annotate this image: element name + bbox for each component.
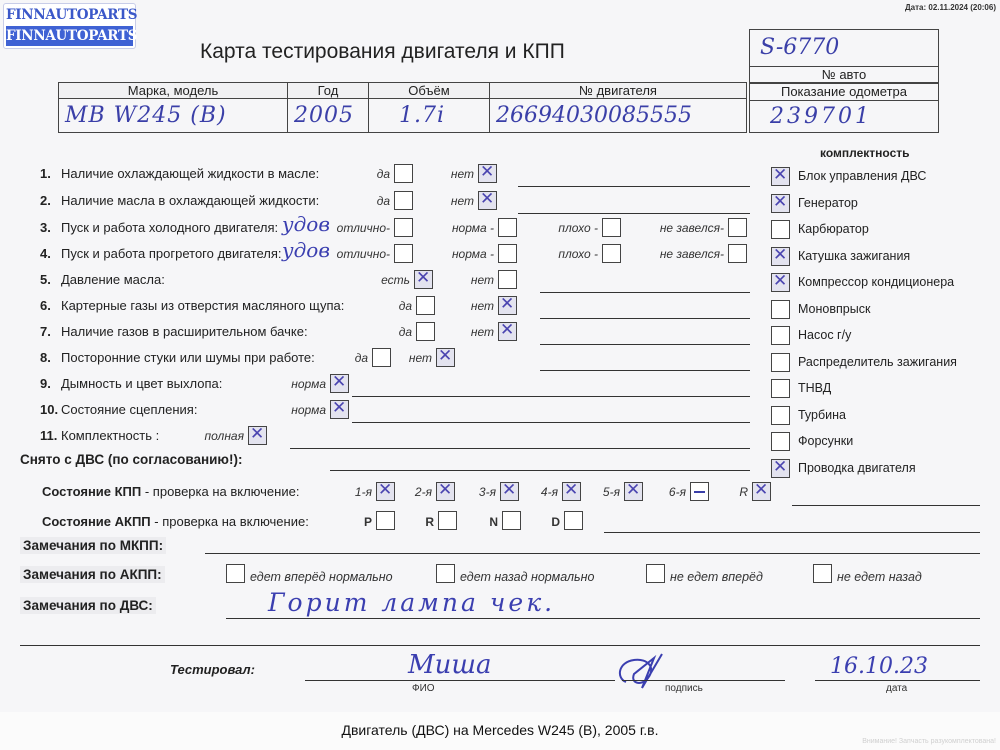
completeness-checkbox[interactable]	[771, 273, 790, 292]
option-checkbox[interactable]	[602, 244, 621, 263]
position-checkbox[interactable]	[376, 511, 395, 530]
completeness-checkbox[interactable]	[771, 326, 790, 345]
make-model-value: MB W245 (B)	[59, 99, 288, 133]
completeness-checkbox[interactable]	[771, 459, 790, 478]
engine-number-label: № двигателя	[490, 83, 747, 99]
auto-number-label: № авто	[750, 67, 938, 83]
option-checkbox[interactable]	[498, 218, 517, 237]
question-number: 9.	[40, 376, 61, 391]
auto-gearbox-notes-line[interactable]	[604, 532, 980, 533]
akpp-remark-checkbox[interactable]	[226, 564, 245, 583]
position-checkbox[interactable]	[502, 511, 521, 530]
signature-caption: подпись	[665, 683, 703, 694]
question-number: 2.	[40, 193, 61, 208]
completeness-checkbox[interactable]	[771, 247, 790, 266]
handwritten-note: удов	[282, 212, 330, 236]
completeness-item-label: Распределитель зажигания	[798, 355, 957, 369]
completeness-item-label: Катушка зажигания	[798, 249, 910, 263]
odometer-label: Показание одометра	[750, 82, 938, 101]
option-label: да	[377, 194, 390, 208]
option-checkbox[interactable]	[330, 374, 349, 393]
gear-label: 3-я	[479, 485, 496, 499]
option-label: норма -	[452, 221, 494, 235]
manual-gearbox-notes-line[interactable]	[792, 505, 980, 506]
auto-number-box: S-6770 № авто	[749, 29, 939, 84]
gear-checkbox[interactable]	[624, 482, 643, 501]
notes-line[interactable]	[540, 344, 750, 345]
akpp-remark-checkbox[interactable]	[646, 564, 665, 583]
auto-number-value: S-6770	[750, 30, 938, 67]
question-number: 11.	[40, 428, 61, 443]
completeness-checkbox[interactable]	[771, 167, 790, 186]
option-checkbox[interactable]	[372, 348, 391, 367]
odometer-value: 239701	[750, 101, 938, 132]
option-checkbox[interactable]	[728, 244, 747, 263]
gear-label: 6-я	[669, 485, 686, 499]
option-label: нет	[451, 194, 474, 208]
option-label: норма	[291, 377, 326, 391]
question-text: Наличие масла в охлаждающей жидкости:	[61, 193, 319, 208]
question-number: 1.	[40, 166, 61, 181]
completeness-checkbox[interactable]	[771, 406, 790, 425]
completeness-checkbox[interactable]	[771, 300, 790, 319]
option-label: нет	[451, 167, 474, 181]
completeness-item-label: Компрессор кондиционера	[798, 275, 954, 289]
question-number: 3.	[40, 220, 61, 235]
notes-line[interactable]	[352, 422, 750, 423]
tester-name-value: Миша	[408, 650, 492, 680]
question-text: Дымность и цвет выхлопа:	[61, 376, 222, 391]
question-7: 7.Наличие газов в расширительном бачке:	[40, 324, 308, 339]
notes-line[interactable]	[540, 318, 750, 319]
completeness-checkbox[interactable]	[771, 353, 790, 372]
volume-value: 1.7i	[369, 99, 490, 133]
option-checkbox[interactable]	[498, 322, 517, 341]
option-checkbox[interactable]	[394, 191, 413, 210]
option-label: отлично-	[337, 221, 390, 235]
question-2: 2.Наличие масла в охлаждающей жидкости:	[40, 193, 319, 208]
question-3: 3.Пуск и работа холодного двигателя:	[40, 220, 278, 235]
akpp-remark-checkbox[interactable]	[813, 564, 832, 583]
question-text: Наличие газов в расширительном бачке:	[61, 324, 308, 339]
make-model-label: Марка, модель	[59, 83, 288, 99]
option-checkbox[interactable]	[478, 191, 497, 210]
option-checkbox[interactable]	[602, 218, 621, 237]
tester-name-line[interactable]	[305, 680, 615, 681]
option-label: нет	[409, 351, 432, 365]
engine-remarks-line-2[interactable]	[20, 645, 980, 646]
document-title: Карта тестирования двигателя и КПП	[200, 40, 565, 64]
question-number: 5.	[40, 272, 61, 287]
question-number: 8.	[40, 350, 61, 365]
option-label: да	[355, 351, 368, 365]
engine-remarks-value: Горит лампа чек.	[268, 588, 555, 617]
year-label: Год	[288, 83, 369, 99]
option-checkbox[interactable]	[330, 400, 349, 419]
option-label: есть	[381, 273, 410, 287]
manual-gearbox-label: Состояние КПП - проверка на включение:	[42, 484, 299, 499]
gear-checkbox[interactable]	[690, 482, 709, 501]
position-label: N	[489, 515, 498, 529]
position-label: R	[425, 515, 434, 529]
option-label: да	[399, 325, 412, 339]
gear-label: 4-я	[541, 485, 558, 499]
notes-line[interactable]	[518, 213, 750, 214]
question-number: 7.	[40, 324, 61, 339]
removed-from-engine-label: Снято с ДВС (по согласованию!):	[20, 452, 242, 467]
option-checkbox[interactable]	[416, 322, 435, 341]
option-checkbox[interactable]	[414, 270, 433, 289]
completeness-item-label: ТНВД	[798, 381, 831, 395]
question-6: 6.Картерные газы из отверстия масляного …	[40, 298, 344, 313]
question-4: 4.Пуск и работа прогретого двигателя:	[40, 246, 281, 261]
question-text: Картерные газы из отверстия масляного щу…	[61, 298, 344, 313]
question-number: 4.	[40, 246, 61, 261]
akpp-remark-label: не едет назад	[837, 570, 922, 584]
option-checkbox[interactable]	[498, 270, 517, 289]
question-number: 6.	[40, 298, 61, 313]
completeness-item-label: Моновпрыск	[798, 302, 870, 316]
finnautoparts-logo: FINNAUTOPARTS FINNAUTOPARTS	[3, 3, 136, 49]
mkpp-remarks-line[interactable]	[205, 553, 980, 554]
completeness-item-label: Карбюратор	[798, 222, 869, 236]
question-10: 10.Состояние сцепления:	[40, 402, 197, 417]
option-checkbox[interactable]	[436, 348, 455, 367]
signature-line[interactable]	[622, 680, 785, 681]
logo-line-2: FINNAUTOPARTS	[6, 26, 133, 46]
name-caption: ФИО	[412, 683, 435, 694]
engine-remarks-line[interactable]	[226, 618, 980, 619]
completeness-item-label: Проводка двигателя	[798, 461, 916, 475]
option-label: нет	[471, 273, 494, 287]
akpp-remarks-label: Замечания по АКПП:	[20, 566, 165, 583]
question-1: 1.Наличие охлаждающей жидкости в масле:	[40, 166, 319, 181]
completeness-item-label: Блок управления ДВС	[798, 169, 926, 183]
position-checkbox[interactable]	[564, 511, 583, 530]
gear-checkbox[interactable]	[436, 482, 455, 501]
gear-checkbox[interactable]	[562, 482, 581, 501]
option-label: плохо -	[558, 247, 598, 261]
year-value: 2005	[288, 99, 369, 133]
completeness-title: комплектность	[820, 146, 910, 160]
option-label: да	[377, 167, 390, 181]
notes-line[interactable]	[540, 370, 750, 371]
engine-remarks-label: Замечания по ДВС:	[20, 597, 156, 614]
completeness-checkbox[interactable]	[771, 194, 790, 213]
test-date-line[interactable]	[815, 680, 980, 681]
notes-line[interactable]	[290, 448, 750, 449]
completeness-item-label: Турбина	[798, 408, 846, 422]
option-label: норма	[291, 403, 326, 417]
tested-by-label: Тестировал:	[170, 662, 255, 677]
question-9: 9.Дымность и цвет выхлопа:	[40, 376, 222, 391]
gear-label: R	[739, 485, 748, 499]
option-checkbox[interactable]	[248, 426, 267, 445]
gear-label: 2-я	[415, 485, 432, 499]
completeness-item-label: Генератор	[798, 196, 858, 210]
option-label: нет	[471, 299, 494, 313]
option-label: норма -	[452, 247, 494, 261]
question-number: 10.	[40, 402, 61, 417]
option-checkbox[interactable]	[498, 296, 517, 315]
option-checkbox[interactable]	[394, 164, 413, 183]
warning-note: Внимание! Запчасть разукомплектована!	[862, 738, 996, 745]
akpp-remark-checkbox[interactable]	[436, 564, 455, 583]
question-text: Комплектность :	[61, 428, 159, 443]
akpp-remark-label: едет вперёд нормально	[250, 570, 393, 584]
option-label: не завелся-	[660, 221, 724, 235]
gear-checkbox[interactable]	[376, 482, 395, 501]
completeness-item-label: Форсунки	[798, 434, 853, 448]
question-text: Посторонние стуки или шумы при работе:	[61, 350, 315, 365]
option-label: нет	[471, 325, 494, 339]
photo-caption: Двигатель (ДВС) на Mercedes W245 (B), 20…	[0, 722, 1000, 738]
mkpp-remarks-label: Замечания по МКПП:	[20, 537, 166, 554]
question-text: Состояние сцепления:	[61, 402, 197, 417]
gear-checkbox[interactable]	[500, 482, 519, 501]
test-date-value: 16.10.23	[830, 654, 928, 679]
auto-gearbox-label: Состояние АКПП - проверка на включение:	[42, 514, 309, 529]
option-checkbox[interactable]	[728, 218, 747, 237]
volume-label: Объём	[369, 83, 490, 99]
notes-line[interactable]	[518, 186, 750, 187]
completeness-item-label: Насос г/у	[798, 328, 851, 342]
position-checkbox[interactable]	[438, 511, 457, 530]
option-checkbox[interactable]	[394, 244, 413, 263]
handwritten-note: удов	[282, 238, 330, 262]
option-checkbox[interactable]	[478, 164, 497, 183]
akpp-remark-label: не едет вперёд	[670, 570, 763, 584]
notes-line[interactable]	[352, 396, 750, 397]
question-8: 8.Посторонние стуки или шумы при работе:	[40, 350, 315, 365]
option-checkbox[interactable]	[394, 218, 413, 237]
question-text: Пуск и работа холодного двигателя:	[61, 220, 278, 235]
notes-line[interactable]	[540, 292, 750, 293]
option-label: да	[399, 299, 412, 313]
position-label: P	[364, 515, 372, 529]
akpp-remark-label: едет назад нормально	[460, 570, 594, 584]
option-label: плохо -	[558, 221, 598, 235]
question-text: Давление масла:	[61, 272, 165, 287]
completeness-checkbox[interactable]	[771, 432, 790, 451]
date-caption: дата	[886, 683, 907, 694]
gear-label: 5-я	[603, 485, 620, 499]
position-label: D	[551, 515, 560, 529]
option-checkbox[interactable]	[498, 244, 517, 263]
completeness-checkbox[interactable]	[771, 220, 790, 239]
logo-line-1: FINNAUTOPARTS	[6, 6, 133, 24]
question-11: 11.Комплектность :	[40, 428, 159, 443]
completeness-checkbox[interactable]	[771, 379, 790, 398]
question-text: Пуск и работа прогретого двигателя:	[61, 246, 281, 261]
odometer-box: Показание одометра 239701	[749, 82, 939, 133]
gear-checkbox[interactable]	[752, 482, 771, 501]
vehicle-info-table: Марка, модель Год Объём № двигателя MB W…	[58, 82, 747, 133]
date-stamp: Дата: 02.11.2024 (20:06)	[905, 3, 996, 12]
question-text: Наличие охлаждающей жидкости в масле:	[61, 166, 319, 181]
option-label: отлично-	[337, 247, 390, 261]
option-label: полная	[205, 429, 244, 443]
engine-number-value: 26694030085555	[490, 99, 747, 133]
gear-label: 1-я	[355, 485, 372, 499]
option-checkbox[interactable]	[416, 296, 435, 315]
question-5: 5.Давление масла:	[40, 272, 165, 287]
removed-from-engine-line[interactable]	[330, 470, 750, 471]
option-label: не завелся-	[660, 247, 724, 261]
test-card-document: FINNAUTOPARTS FINNAUTOPARTS Дата: 02.11.…	[0, 0, 1000, 712]
